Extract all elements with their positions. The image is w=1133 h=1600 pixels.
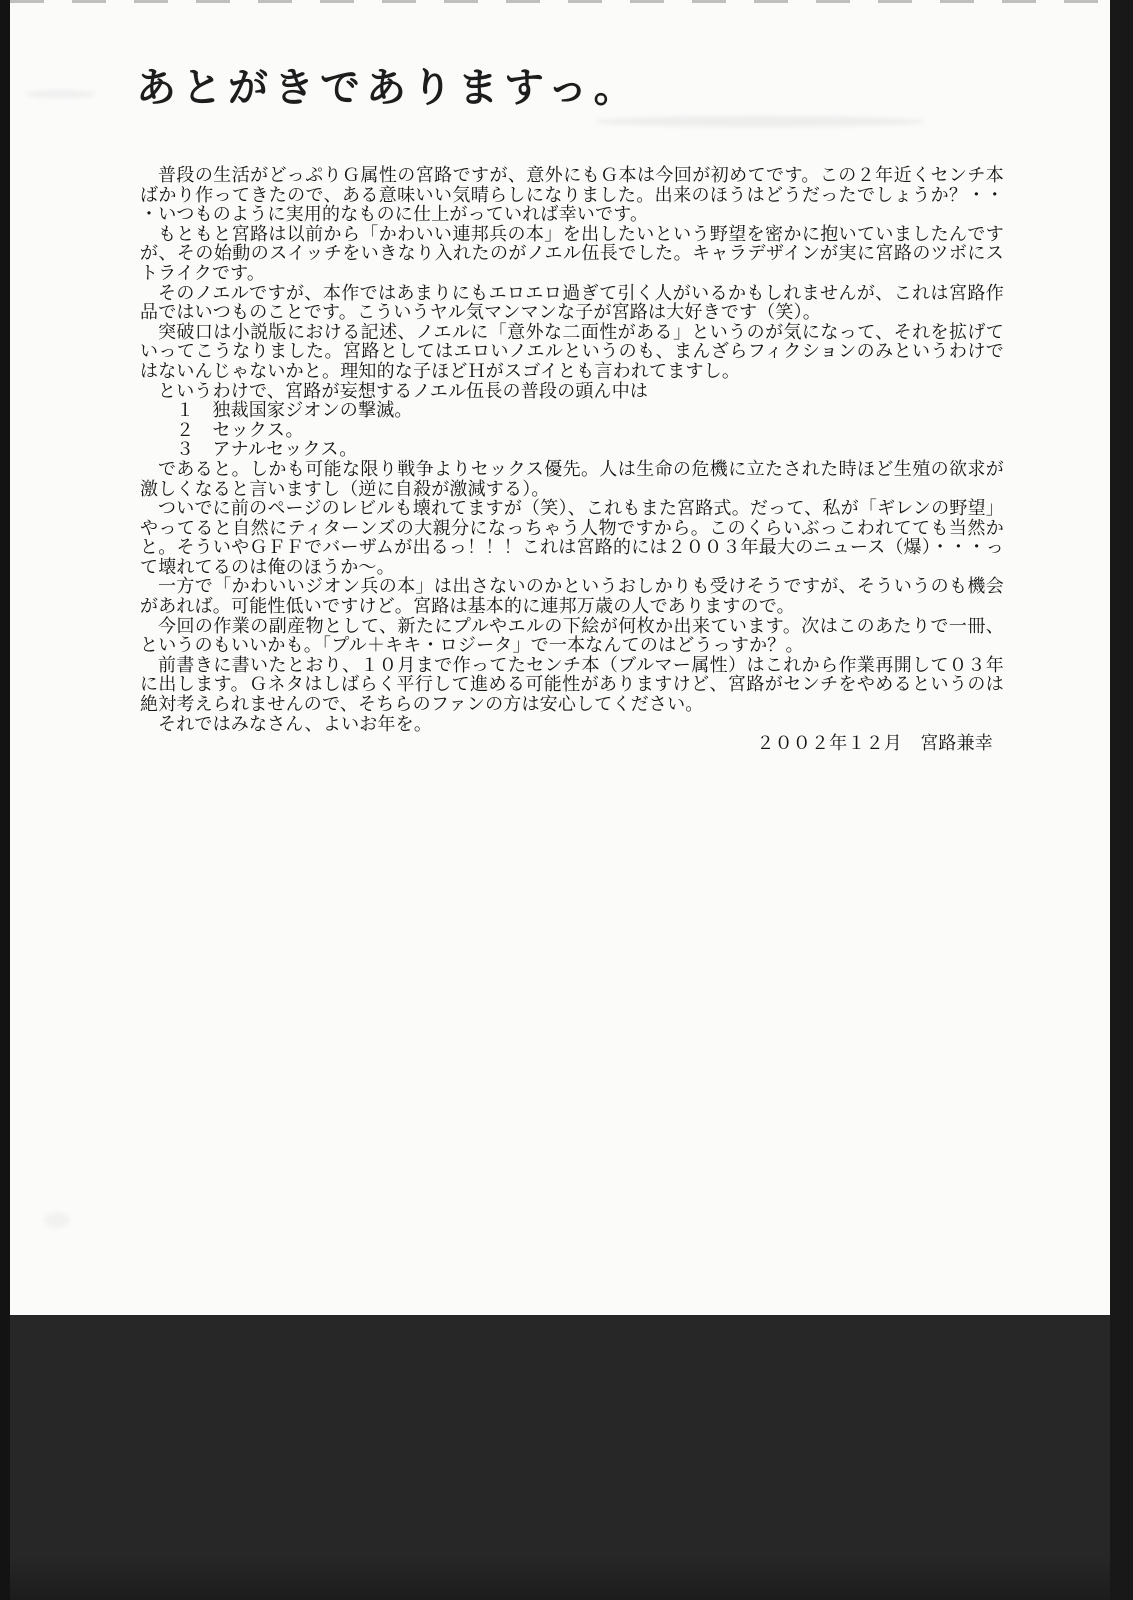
paragraph-zeon-book-2: 今回の作業の副産物として、新たにプルやエルの下絵が何枚か出来ています。次はこのあ…	[140, 617, 1004, 656]
scan-edge-artifact	[10, 0, 1110, 3]
paragraph-origin: もともと宮路は以前から「かわいい連邦兵の本」を出したいという野望を密かに抱いてい…	[140, 225, 1004, 284]
scan-artifact	[26, 90, 96, 98]
signature-line: ２００２年１２月 宮路兼幸	[140, 734, 1004, 754]
bottom-black-area	[10, 1315, 1110, 1600]
paragraph-future-plans: 前書きに書いたとおり、１０月まで作ってたセンチ本（ブルマー属性）はこれから作業再…	[140, 656, 1004, 715]
scan-artifact	[595, 116, 925, 127]
paragraph-intro: 普段の生活がどっぷりＧ属性の宮路ですが、意外にもＧ本は今回が初めてです。この２年…	[140, 166, 1004, 225]
list-item-2: ２ セックス。	[140, 421, 1004, 441]
list-item-3: ３ アナルセックス。	[140, 440, 1004, 460]
scan-edge-right	[1110, 0, 1133, 1600]
paragraph-zeon-book-1: 一方で「かわいいジオン兵の本」は出さないのかというおしかりも受けそうですが、そう…	[140, 577, 1004, 616]
closing-line: それではみなさん、よいお年を。	[140, 715, 1004, 735]
paragraph-noel-1: そのノエルですが、本作ではあまりにもエロエロ過ぎて引く人がいるかもしれませんが、…	[140, 284, 1004, 323]
scan-artifact	[44, 1212, 70, 1228]
paragraph-revil: ついでに前のページのレビルも壊れてますが（笑）、これもまた宮路式。だって、私が「…	[140, 499, 1004, 577]
paragraph-noel-3: というわけで、宮路が妄想するノエル伍長の普段の頭ん中は	[140, 382, 1004, 402]
scanned-page-canvas: あとがきでありますっ。 普段の生活がどっぷりＧ属性の宮路ですが、意外にもＧ本は今…	[0, 0, 1133, 1600]
paper-page: あとがきでありますっ。 普段の生活がどっぷりＧ属性の宮路ですが、意外にもＧ本は今…	[10, 0, 1110, 1315]
paragraph-noel-4: であると。しかも可能な限り戦争よりセックス優先。人は生命の危機に立たされた時ほど…	[140, 460, 1004, 499]
afterword-body: 普段の生活がどっぷりＧ属性の宮路ですが、意外にもＧ本は今回が初めてです。この２年…	[140, 166, 1004, 754]
paragraph-noel-2: 突破口は小説版における記述、ノエルに「意外な二面性がある」というのが気になって、…	[140, 323, 1004, 382]
list-item-1: １ 独裁国家ジオンの撃滅。	[140, 401, 1004, 421]
scan-edge-left	[0, 0, 10, 1600]
afterword-title: あとがきでありますっ。	[136, 56, 640, 113]
